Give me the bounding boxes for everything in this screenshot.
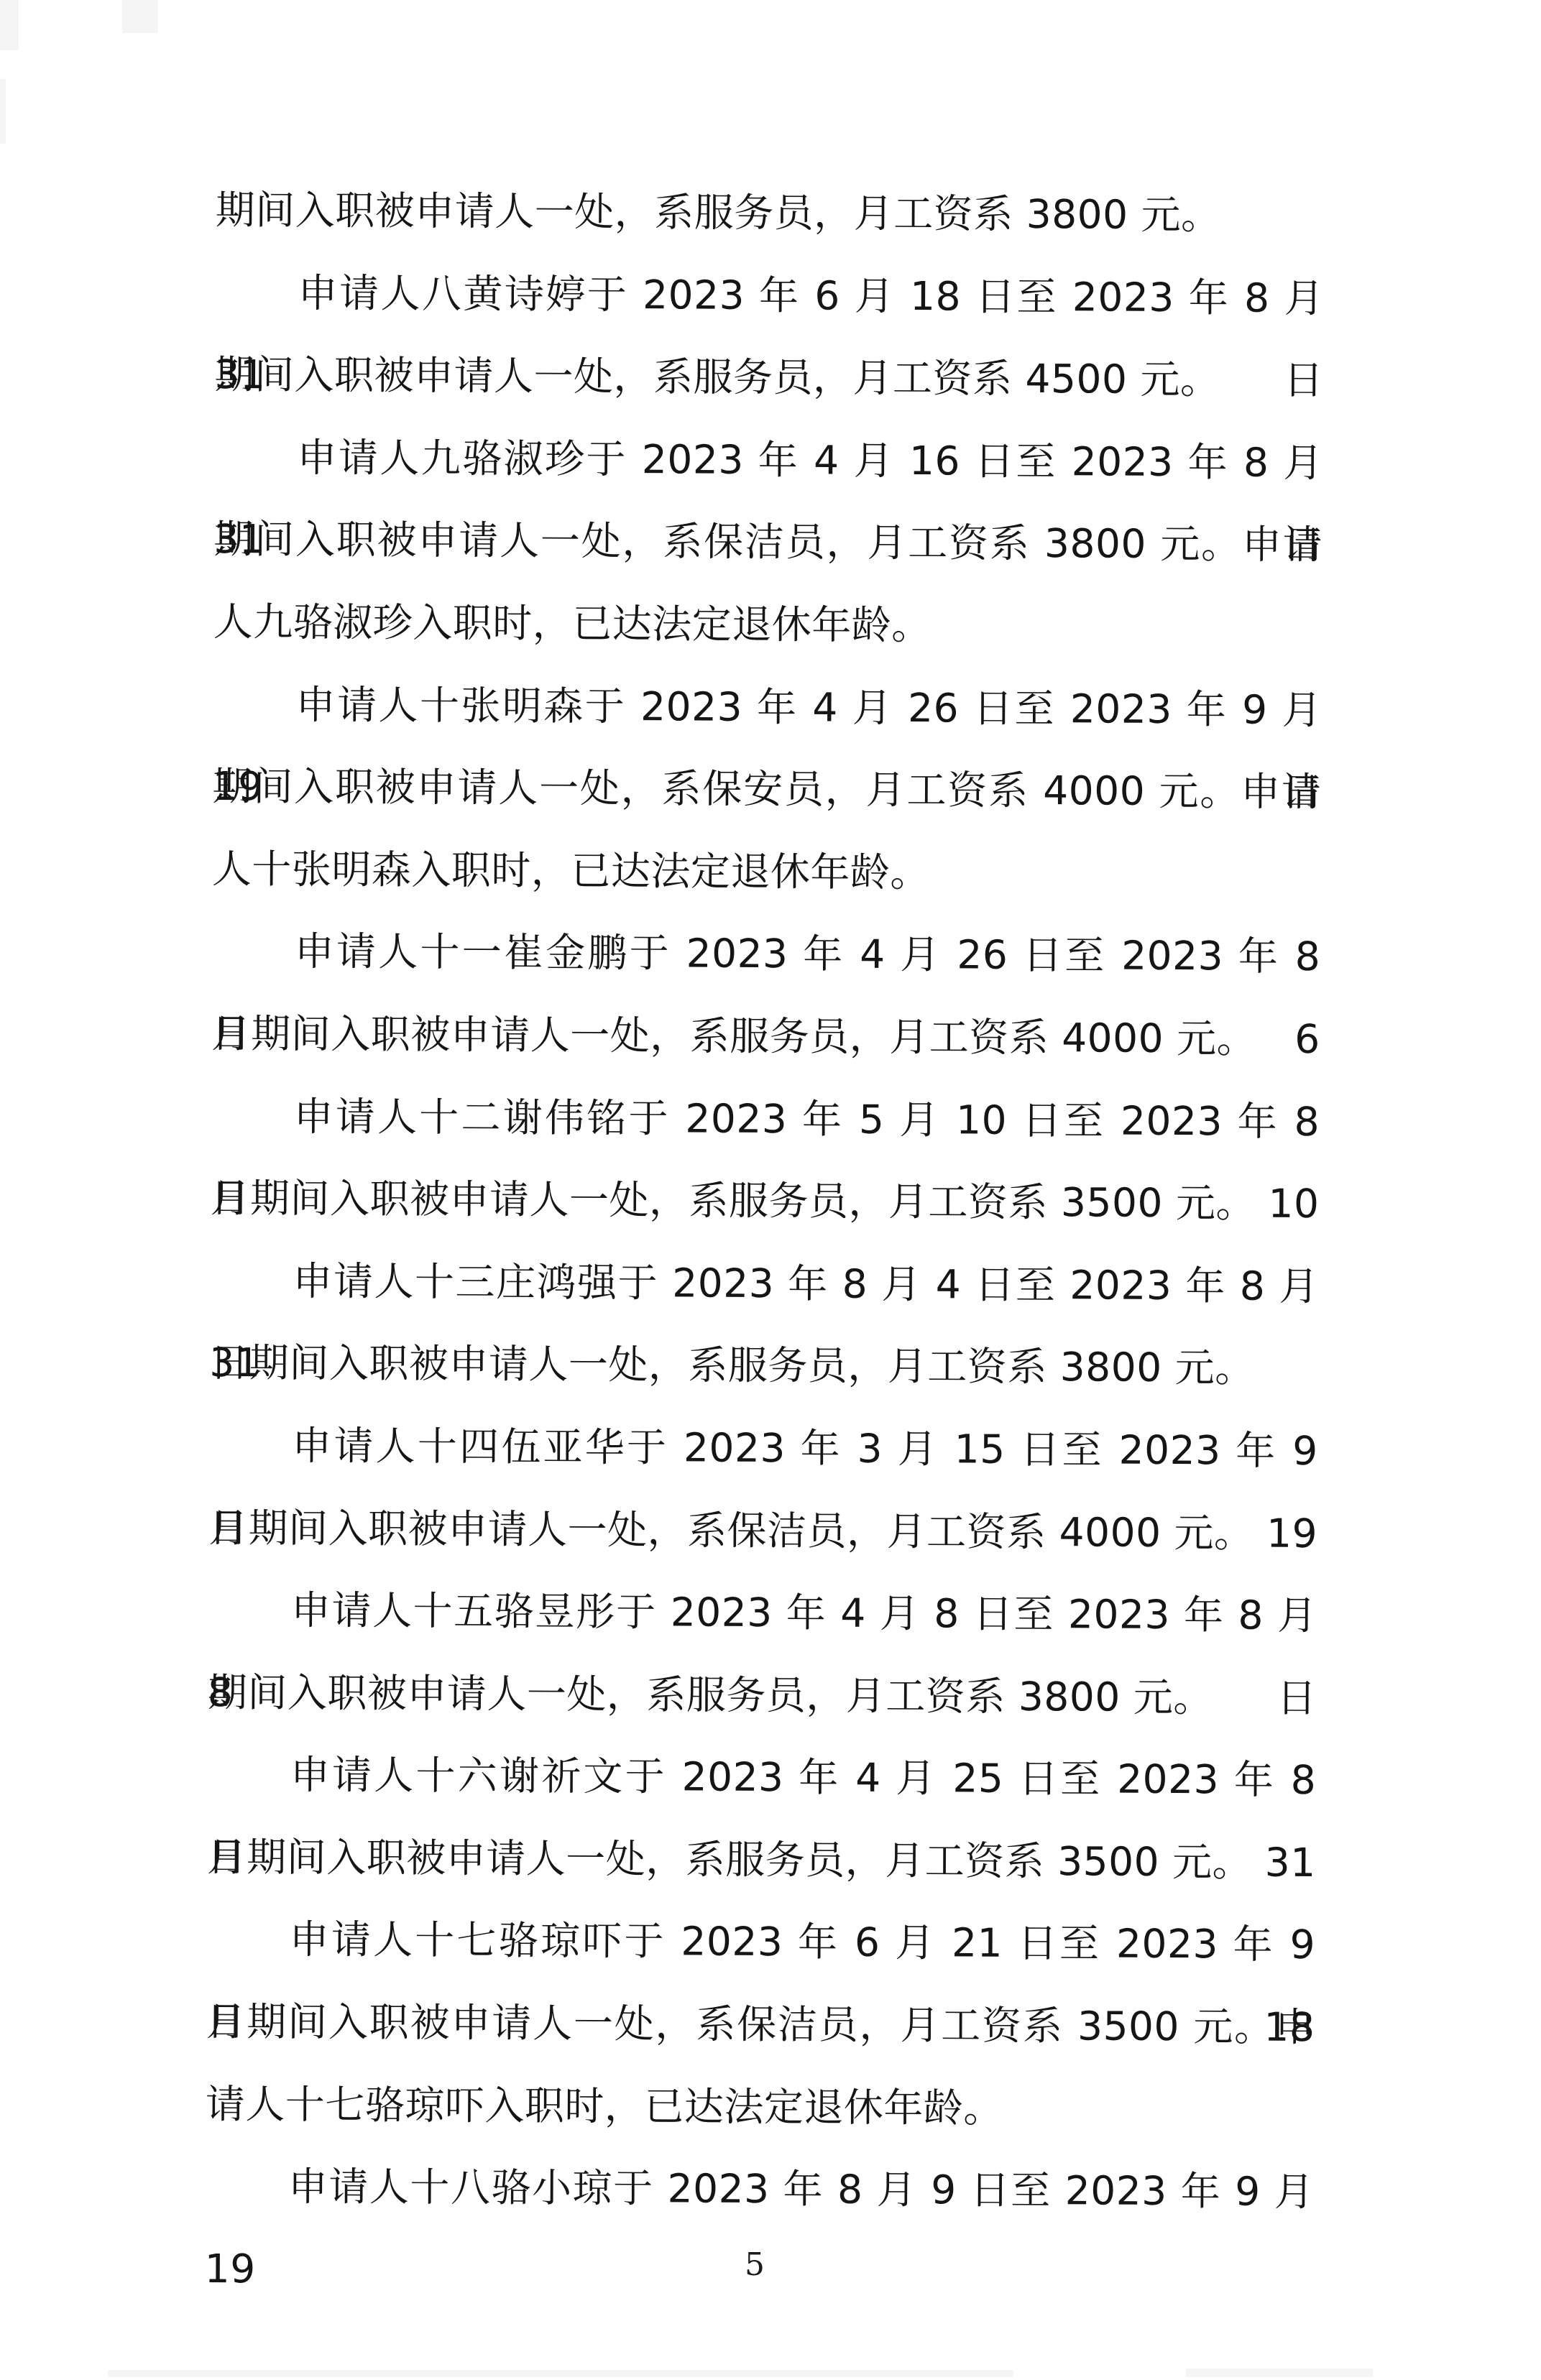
text-line: 申请人十五骆昱彤于 2023 年 4 月 8 日至 2023 年 8 月 8 日 <box>208 1569 1317 1657</box>
text-line: 期间入职被申请人一处，系服务员，月工资系 3800 元。 <box>208 1651 1317 1740</box>
document-body: 期间入职被申请人一处，系服务员，月工资系 3800 元。申请人八黄诗婷于 202… <box>205 169 1325 2233</box>
page-number: 5 <box>216 2243 1294 2287</box>
text-line: 申请人十二谢伟铭于 2023 年 5 月 10 日至 2023 年 8 月 10 <box>211 1075 1320 1163</box>
document-page: 期间入职被申请人一处，系服务员，月工资系 3800 元。申请人八黄诗婷于 202… <box>0 0 1541 2380</box>
scan-artifact <box>108 2370 1013 2377</box>
text-line: 请人十七骆琼吓入职时，已达法定退休年龄。 <box>206 2063 1315 2151</box>
scan-artifact <box>0 79 6 144</box>
text-line: 申请人八黄诗婷于 2023 年 6 月 18 日至 2023 年 8 月 31 … <box>215 252 1325 340</box>
text-line: 人九骆淑珍入职时，已达法定退休年龄。 <box>213 581 1322 669</box>
text-line: 申请人十七骆琼吓于 2023 年 6 月 21 日至 2023 年 9 月 18 <box>206 1898 1316 1986</box>
text-line: 申请人十三庄鸿强于 2023 年 8 月 4 日至 2023 年 8 月 31 <box>210 1240 1320 1328</box>
scan-artifact <box>1186 2369 1373 2377</box>
text-line: 申请人十八骆小琼于 2023 年 8 月 9 日至 2023 年 9 月 19 <box>205 2145 1315 2233</box>
text-line: 日期间入职被申请人一处，系服务员，月工资系 4000 元。 <box>211 992 1320 1081</box>
text-line: 期间入职被申请人一处，系保洁员，月工资系 3800 元。申请 <box>213 498 1323 586</box>
text-line: 申请人十张明森于 2023 年 4 月 26 日至 2023 年 9 月 19 … <box>213 663 1322 752</box>
text-line: 申请人九骆淑珍于 2023 年 4 月 16 日至 2023 年 8 月 31 … <box>214 416 1324 504</box>
text-line: 期间入职被申请人一处，系服务员，月工资系 3800 元。 <box>215 169 1325 257</box>
text-line: 日期间入职被申请人一处，系保洁员，月工资系 4000 元。 <box>208 1486 1318 1574</box>
text-line: 日期间入职被申请人一处，系服务员，月工资系 3800 元。 <box>209 1322 1319 1410</box>
text-line: 申请人十六谢祈文于 2023 年 4 月 25 日至 2023 年 8 月 31 <box>207 1733 1317 1822</box>
text-line: 日期间入职被申请人一处，系保洁员，月工资系 3500 元。申 <box>206 1980 1315 2069</box>
text-line: 人十张明森入职时，已达法定退休年龄。 <box>212 828 1322 916</box>
text-line: 申请人十四伍亚华于 2023 年 3 月 15 日至 2023 年 9 月 19 <box>208 1404 1318 1493</box>
scan-artifact <box>122 0 158 33</box>
text-line: 期间入职被申请人一处，系保安员，月工资系 4000 元。申请 <box>212 745 1322 834</box>
text-line: 日期间入职被申请人一处，系服务员，月工资系 3500 元。 <box>210 1157 1320 1245</box>
scan-artifact <box>0 0 19 50</box>
text-line: 申请人十一崔金鹏于 2023 年 4 月 26 日至 2023 年 8 月 6 <box>211 910 1321 998</box>
text-line: 期间入职被申请人一处，系服务员，月工资系 4500 元。 <box>214 333 1324 422</box>
text-line: 日期间入职被申请人一处，系服务员，月工资系 3500 元。 <box>206 1816 1316 1904</box>
